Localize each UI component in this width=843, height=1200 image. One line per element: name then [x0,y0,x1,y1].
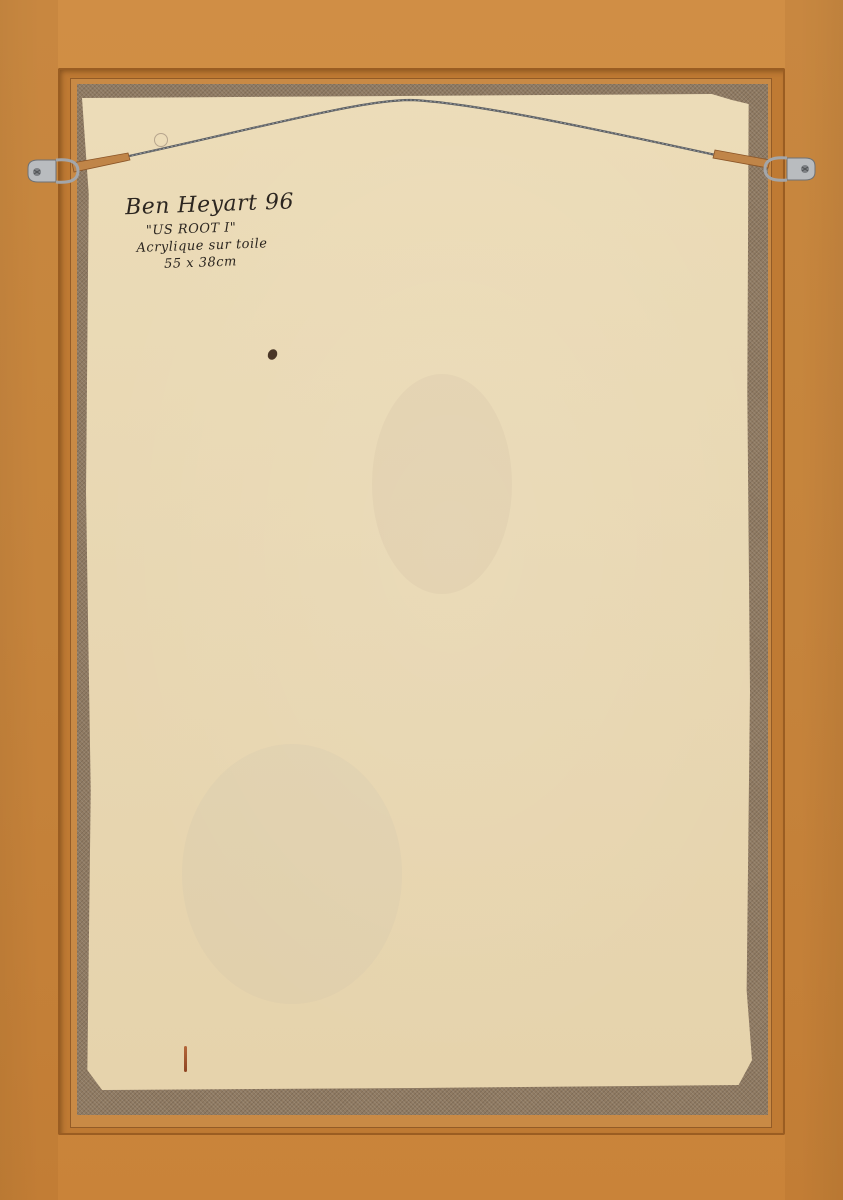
canvas-stain [372,374,512,594]
paint-drip [184,1046,187,1072]
frame-right-rail [785,0,843,1200]
inscription-artist: Ben Heyart 96 [125,189,318,221]
canvas-stain [182,744,402,1004]
handwritten-inscription: Ben Heyart 96 "US ROOT I" Acrylique sur … [117,189,320,274]
frame-left-rail [0,0,58,1200]
small-stamp-mark [154,133,168,147]
